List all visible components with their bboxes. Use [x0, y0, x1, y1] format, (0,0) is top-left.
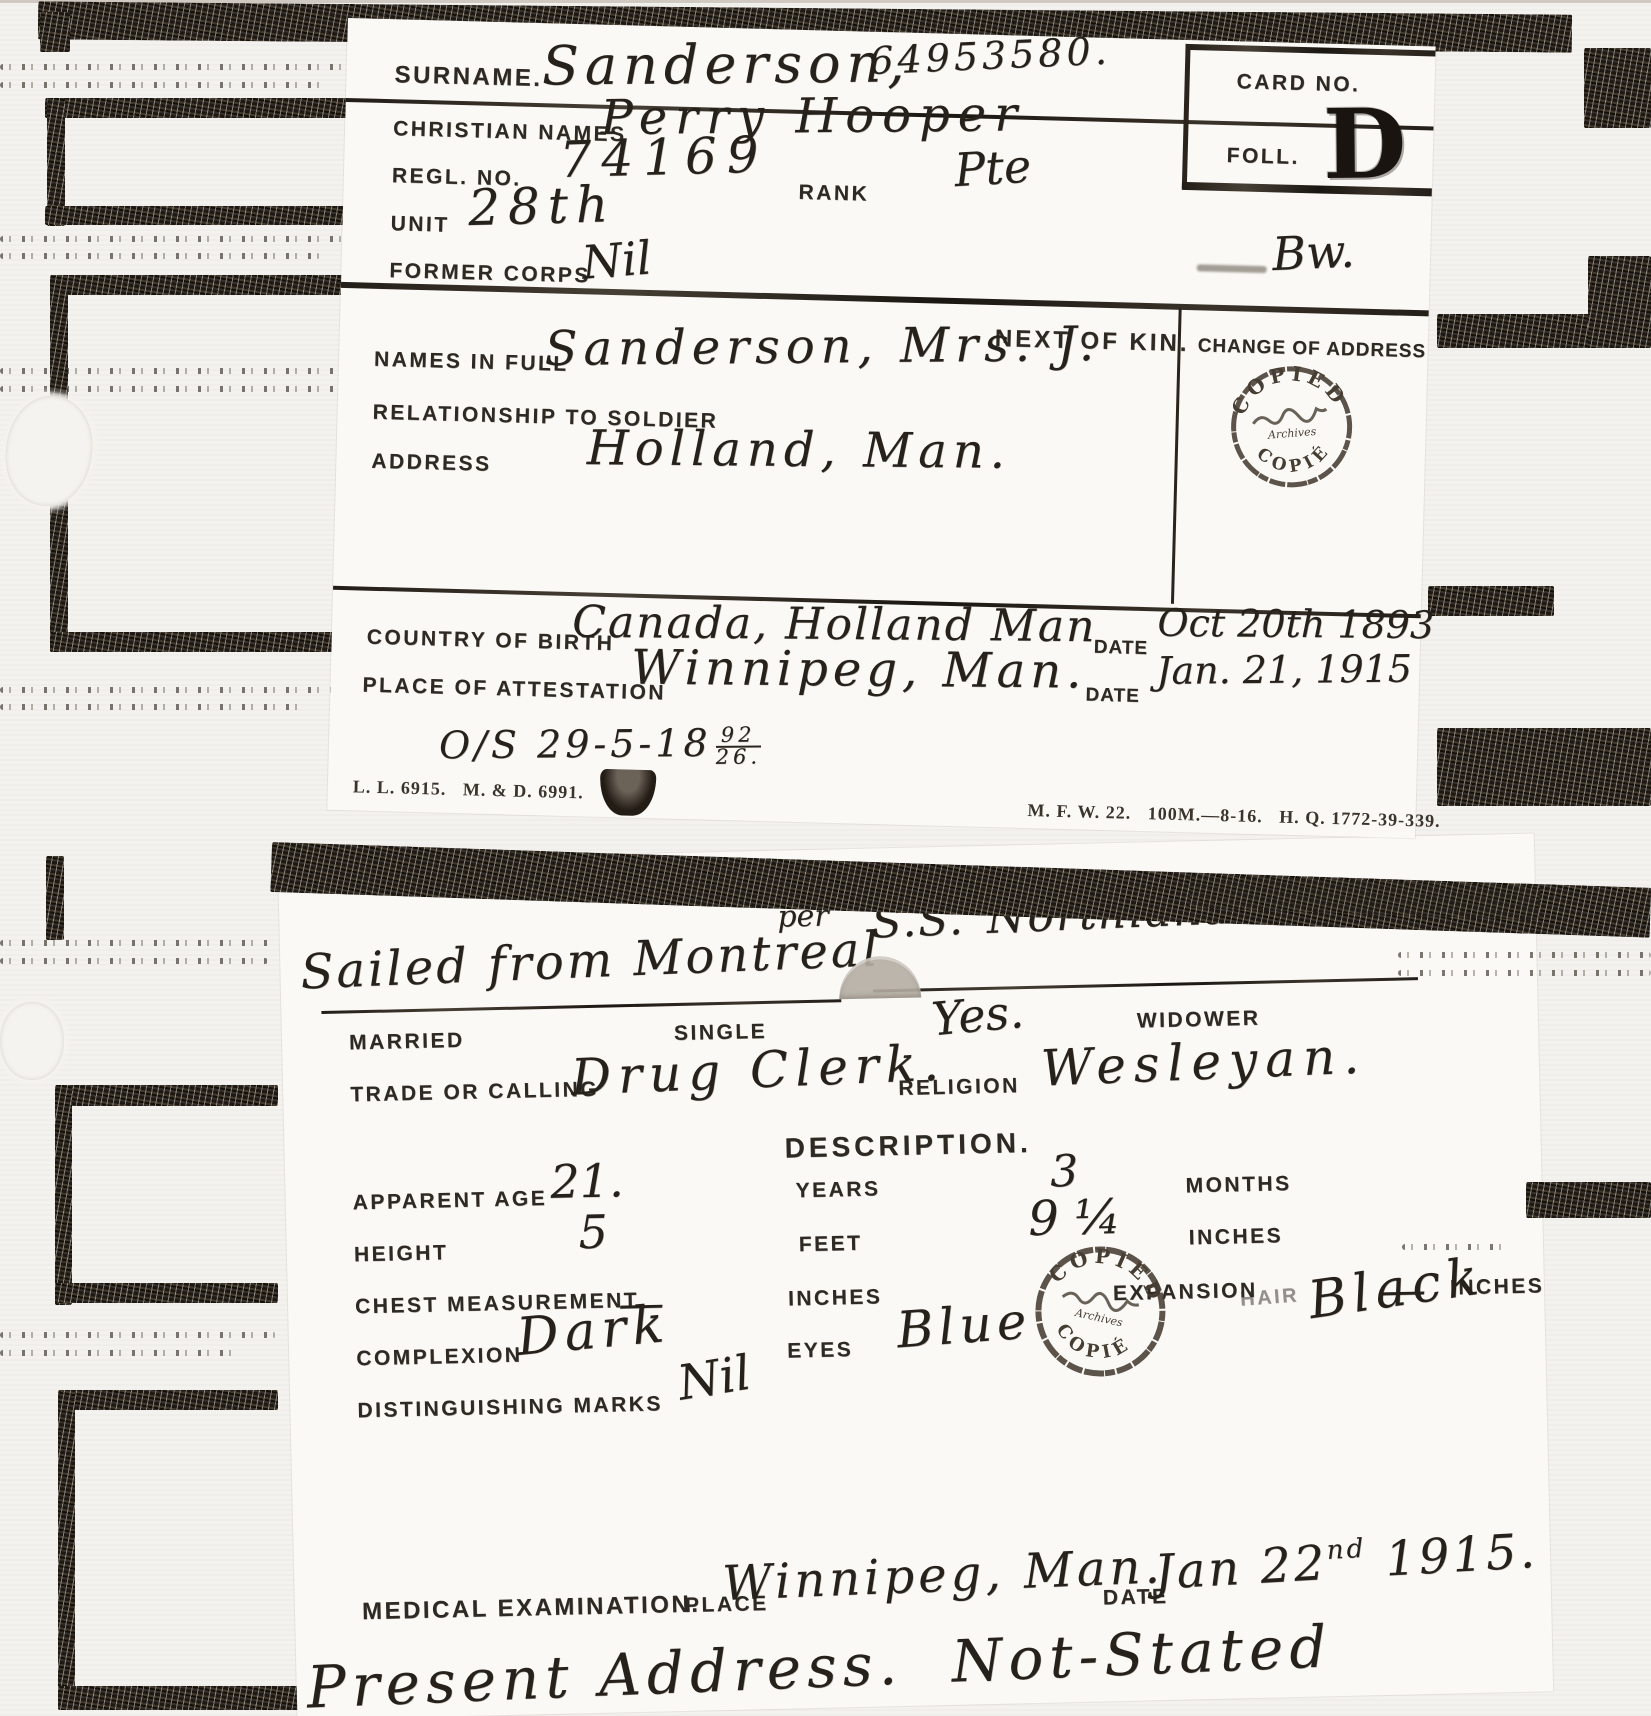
scan-artifact-frame-edge — [55, 1085, 278, 1106]
kin-names-value: Sanderson, Mrs. J. — [544, 320, 1100, 373]
scan-speckle-row — [0, 1350, 240, 1356]
trade-label: TRADE OR CALLING — [350, 1079, 599, 1106]
rank-value: Pte — [953, 143, 1032, 194]
years-label: YEARS — [795, 1178, 880, 1201]
apparent-age-value: 21. — [550, 1157, 624, 1205]
scan-speckle-row — [1402, 1244, 1507, 1250]
married-label: MARRIED — [349, 1030, 465, 1054]
height-value: 5 — [578, 1209, 608, 1256]
svg-text:COPIÉ: COPIÉ — [1047, 1315, 1139, 1371]
scan-speckle-row — [1398, 952, 1651, 958]
attestation-date-label: DATE — [1085, 686, 1140, 706]
unit-value: 28th — [468, 179, 617, 233]
scan-artifact-frame-edge — [58, 1390, 75, 1704]
scan-speckle-row — [0, 64, 348, 70]
medical-place-value: Winnipeg, Man. — [722, 1542, 1165, 1608]
stamp-scribble — [1252, 407, 1327, 426]
form-code-right: M. F. W. 22. 100M.—8-16. H. Q. 1772-39-3… — [1027, 800, 1441, 832]
punch-hole — [0, 1002, 64, 1080]
former-corps-value: Nil — [580, 234, 653, 285]
scan-artifact-block — [1588, 256, 1651, 348]
religion-value: Wesleyan. — [1040, 1031, 1368, 1094]
scan-speckle-row — [0, 958, 268, 964]
foll-label: FOLL. — [1226, 145, 1300, 168]
names-in-full-label: NAMES IN FULL — [374, 349, 569, 375]
copied-stamp: COPIED COPIÉ Archives — [1221, 356, 1363, 498]
widower-label: WIDOWER — [1137, 1008, 1261, 1032]
scan-artifact-frame-edge — [45, 98, 350, 118]
scan-speckle-row — [1398, 970, 1651, 976]
scan-speckle-row — [0, 687, 350, 693]
surname-value: Sanderson, — [542, 36, 911, 93]
card-no-box-top — [1185, 44, 1435, 57]
scan-artifact-frame-edge — [50, 632, 350, 652]
surname-label: SURNAME. — [394, 63, 543, 91]
exam-date-main: Jan 22 — [1153, 1535, 1329, 1601]
scan-artifact-frame-edge — [58, 1390, 278, 1410]
years-value: 3 — [1050, 1150, 1079, 1195]
scan-artifact-frame-edge — [50, 275, 350, 295]
punch-hole — [599, 769, 656, 816]
feet-label: FEET — [799, 1233, 863, 1255]
clerk-initials: Bw. — [1271, 228, 1355, 278]
scan-artifact-block — [1584, 48, 1651, 128]
scan-artifact-frame-edge — [55, 1085, 72, 1305]
overseas-note-text: O/S 29-5-18 — [439, 721, 712, 767]
fraction-bottom: 26. — [716, 748, 761, 768]
scan-artifact-frame-edge — [55, 1283, 278, 1303]
description-heading: DESCRIPTION. — [784, 1129, 1032, 1163]
attestation-value: Winnipeg, Man. — [631, 644, 1087, 696]
stamp-archives-text: Archives — [1267, 425, 1318, 442]
description-card: Sailed from Montreal per S.S."Northland"… — [278, 834, 1553, 1716]
sailed-underline — [321, 999, 841, 1014]
chest-inches-label: INCHES — [788, 1286, 883, 1309]
birth-date-value: Oct 20th 1893 — [1157, 604, 1434, 644]
attestation-date-value: Jan. 21, 1915 — [1156, 650, 1412, 690]
overseas-note-fraction: 9226. — [715, 726, 761, 768]
inches-label: INCHES — [1189, 1225, 1284, 1248]
rank-label: RANK — [798, 182, 869, 205]
exam-date-superscript: nd — [1326, 1536, 1367, 1565]
scan-artifact-band — [1428, 586, 1554, 616]
distinguishing-marks-value: Nil — [674, 1349, 754, 1408]
complexion-label: COMPLEXION — [356, 1345, 523, 1370]
eyes-label: EYES — [787, 1339, 853, 1361]
copied-stamp: COPIED COPIÉ Archives — [1017, 1228, 1184, 1395]
distinguishing-marks-label: DISTINGUISHING MARKS — [357, 1393, 663, 1421]
scan-speckle-row — [0, 940, 272, 946]
scan-artifact-stub — [40, 12, 70, 52]
stamp-copied-text: COPIED — [1041, 1231, 1178, 1311]
scan-speckle-row — [0, 704, 300, 710]
scan-artifact-frame-edge — [46, 856, 64, 940]
birth-date-label: DATE — [1094, 638, 1149, 658]
eyes-value: Blue — [895, 1296, 1033, 1356]
ink-smudge — [1197, 264, 1267, 273]
stamp-copie-text: COPIÉ — [1047, 1315, 1139, 1371]
scanned-attestation-card-page: Sailed from Montreal per S.S."Northland"… — [0, 0, 1651, 1716]
apparent-age-label: APPARENT AGE — [353, 1188, 548, 1213]
address-label: ADDRESS — [371, 451, 492, 475]
change-of-address-label: CHANGE OF ADDRESS — [1197, 336, 1426, 361]
punch-hole — [0, 391, 99, 512]
religion-label: RELIGION — [898, 1075, 1020, 1099]
scan-speckle-row — [0, 236, 350, 242]
scan-speckle-row — [0, 1332, 276, 1338]
foll-letter-stamp: D — [1323, 96, 1407, 193]
scan-speckle-row — [0, 82, 330, 88]
former-corps-label: FORMER CORPS — [389, 260, 591, 286]
sailed-note: Sailed from Montreal — [300, 925, 882, 996]
height-label: HEIGHT — [354, 1242, 449, 1265]
hair-value: Black — [1305, 1250, 1487, 1327]
overseas-note: O/S 29-5-189226. — [439, 723, 765, 770]
place-of-attestation-label: PLACE OF ATTESTATION — [362, 675, 666, 704]
present-address-note: Present Address. Not-Stated — [306, 1617, 1334, 1716]
unit-label: UNIT — [390, 213, 450, 236]
form-rule — [341, 282, 1429, 316]
hair-label: HAIR — [1239, 1285, 1299, 1309]
scan-artifact-block — [1437, 728, 1651, 806]
complexion-value: Dark — [515, 1298, 672, 1364]
exam-date-value: Jan 22nd 1915. — [1153, 1527, 1539, 1597]
scan-artifact-frame-edge — [45, 206, 350, 225]
form-code-left: L. L. 6915. M. & D. 6991. — [353, 776, 584, 803]
kin-address-value: Holland, Man. — [587, 424, 1012, 476]
months-label: MONTHS — [1185, 1173, 1291, 1196]
svg-text:COPIED: COPIED — [1041, 1231, 1178, 1311]
scan-speckle-row — [0, 253, 320, 259]
card-no-box-left — [1182, 44, 1191, 188]
scan-artifact-band — [1526, 1182, 1651, 1218]
attestation-index-card: 64953580. SURNAME. Sanderson, CARD NO. F… — [327, 18, 1435, 838]
trade-value: Drug Clerk. — [570, 1038, 947, 1103]
exam-date-year: 1915. — [1384, 1523, 1539, 1588]
medical-examination-label: MEDICAL EXAMINATION. — [362, 1593, 701, 1625]
